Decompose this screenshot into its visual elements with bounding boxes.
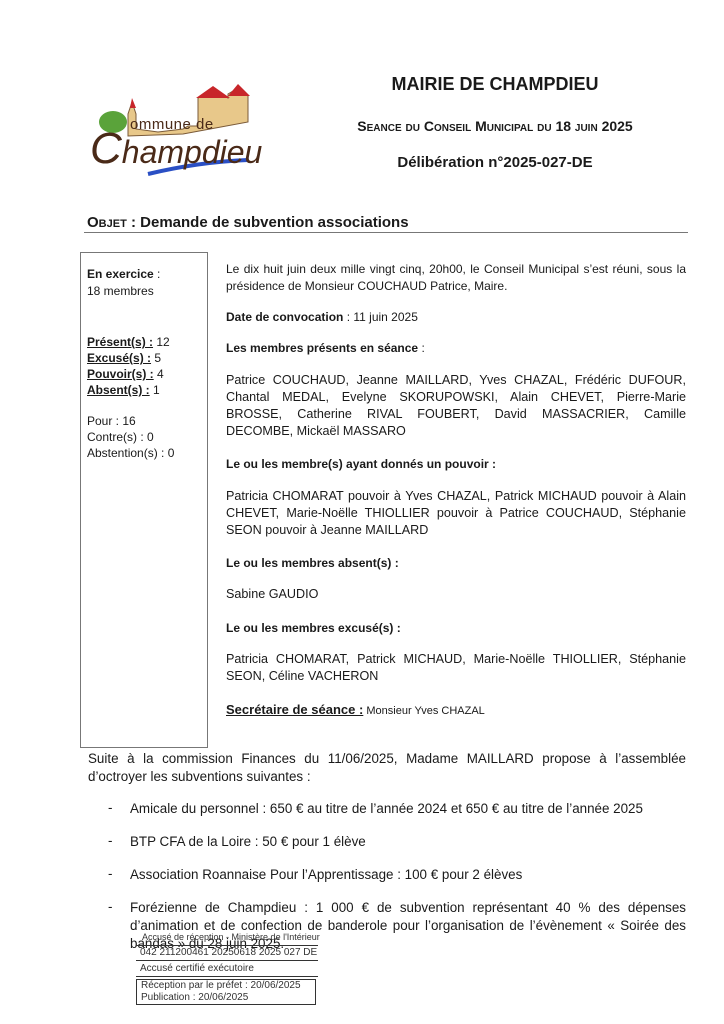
bullet-marker: - <box>108 866 112 881</box>
en-exercice: En exercice : <box>87 266 160 282</box>
objet-line: Objet : Demande de subvention associatio… <box>87 214 409 231</box>
objet-text: Demande de subvention associations <box>140 214 408 231</box>
excuses-label: Le ou les membres excusé(s) : <box>226 621 401 635</box>
objet-label: Objet <box>87 214 127 231</box>
count-label: Absent(s) : <box>87 383 150 397</box>
excuses-list: Patricia CHOMARAT, Patrick MICHAUD, Mari… <box>226 651 686 685</box>
convocation-value: : 11 juin 2025 <box>343 310 418 324</box>
count-label: Excusé(s) : <box>87 351 151 365</box>
stamp-publication: Publication : 20/06/2025 <box>141 992 315 1004</box>
logo-initial: C <box>90 124 122 173</box>
presents-label: Les membres présents en séance <box>226 341 418 355</box>
convocation-date: Date de convocation : 11 juin 2025 <box>226 309 686 326</box>
bullet-marker: - <box>108 899 112 914</box>
absents-label: Le ou les membres absent(s) : <box>226 556 399 570</box>
secretaire-value: Monsieur Yves CHAZAL <box>363 705 484 717</box>
presents-list: Patrice COUCHAUD, Jeanne MAILLARD, Yves … <box>226 372 686 440</box>
count-value: 12 <box>153 335 170 349</box>
attendance-box <box>80 252 208 748</box>
seance-intro: Le dix huit juin deux mille vingt cinq, … <box>226 261 686 295</box>
stamp-id: 042 211200461 20250618 2025 027 DE <box>136 945 318 961</box>
logo-big-text: Champdieu <box>90 124 262 174</box>
count-label: Présent(s) : <box>87 335 153 349</box>
deliberation-number: Délibération n°2025-027-DE <box>300 154 690 171</box>
objet-sep: : <box>127 214 140 231</box>
body-intro: Suite à la commission Finances du 11/06/… <box>88 750 686 786</box>
objet-divider <box>84 232 688 233</box>
en-exercice-label: En exercice <box>87 267 154 281</box>
presents-sep: : <box>418 341 425 355</box>
document-title: MAIRIE DE CHAMPDIEU <box>300 74 690 95</box>
excuses-heading: Le ou les membres excusé(s) : <box>226 620 686 637</box>
bullet-marker: - <box>108 833 112 848</box>
absents-heading: Le ou les membres absent(s) : <box>226 555 686 572</box>
en-exercice-sep: : <box>154 267 161 281</box>
seance-heading: Seance du Conseil Municipal du 18 juin 2… <box>300 118 690 134</box>
pouvoir-heading: Le ou les membre(s) ayant donnés un pouv… <box>226 456 686 473</box>
count-presents: Présent(s) : 12 <box>87 334 170 350</box>
secretaire: Secrétaire de séance : Monsieur Yves CHA… <box>226 701 686 720</box>
en-exercice-value: 18 membres <box>87 283 154 299</box>
stamp-header: Accusé de réception - Ministère de l'Int… <box>142 932 320 942</box>
count-excuses: Excusé(s) : 5 <box>87 350 161 366</box>
stamp-reception: Réception par le préfet : 20/06/2025 <box>141 980 315 992</box>
secretaire-label: Secrétaire de séance : <box>226 702 363 717</box>
vote-contre: Contre(s) : 0 <box>87 429 154 445</box>
count-value: 4 <box>154 367 164 381</box>
count-value: 5 <box>151 351 161 365</box>
bullet-marker: - <box>108 800 112 815</box>
count-absents: Absent(s) : 1 <box>87 382 160 398</box>
subvention-item: BTP CFA de la Loire : 50 € pour 1 élève <box>130 833 686 851</box>
pouvoirs-list: Patricia CHOMARAT pouvoir à Yves CHAZAL,… <box>226 488 686 539</box>
subvention-item: Association Roannaise Pour l’Apprentissa… <box>130 866 686 884</box>
count-value: 1 <box>150 383 160 397</box>
count-label: Pouvoir(s) : <box>87 367 154 381</box>
presents-heading: Les membres présents en séance : <box>226 340 686 357</box>
subvention-item: Amicale du personnel : 650 € au titre de… <box>130 800 686 818</box>
pouvoir-label: Le ou les membre(s) ayant donnés un pouv… <box>226 457 496 471</box>
logo-name: hampdieu <box>122 134 263 170</box>
count-pouvoirs: Pouvoir(s) : 4 <box>87 366 164 382</box>
absents-list: Sabine GAUDIO <box>226 586 686 603</box>
stamp-dates: Réception par le préfet : 20/06/2025 Pub… <box>136 979 316 1005</box>
convocation-label: Date de convocation <box>226 310 343 324</box>
vote-abstention: Abstention(s) : 0 <box>87 445 174 461</box>
stamp-status: Accusé certifié exécutoire <box>136 962 318 977</box>
vote-pour: Pour : 16 <box>87 413 136 429</box>
